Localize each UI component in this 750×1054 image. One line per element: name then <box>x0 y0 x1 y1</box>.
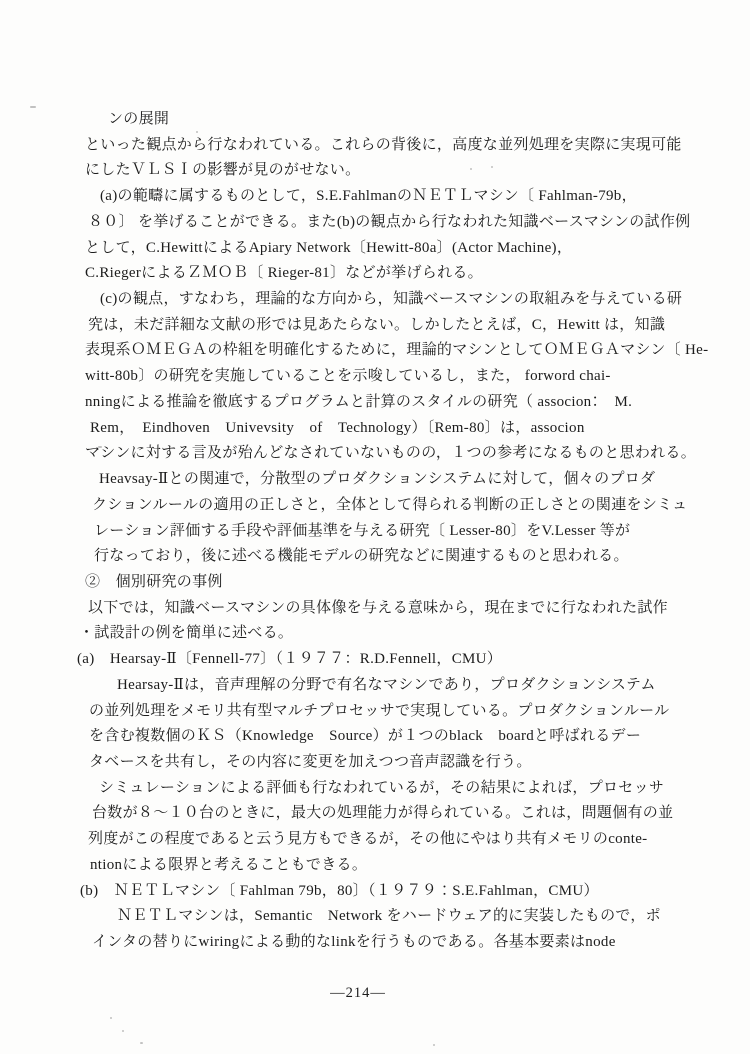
text-line: 台数が８～１０台のときに，最大の処理能力が得られている。これは，問題個有の並 <box>92 801 725 827</box>
scan-speck <box>30 106 36 108</box>
text-line: (c)の観点，すなわち，理論的な方向から，知識ベースマシンの取組みを与えている研 <box>100 287 725 313</box>
text-line: Rem， Eindhoven Univevsity of Technology）… <box>90 416 725 442</box>
scan-speck <box>110 1017 112 1019</box>
text-line: 究は，未だ詳細な文献の形では見あたらない。しかしたとえば，C，Hewitt は，… <box>88 313 725 339</box>
text-line: nningによる推論を徹底するプログラムと計算のスタイルの研究（ associo… <box>85 390 725 416</box>
scan-speck <box>140 1042 143 1044</box>
page-number: —214— <box>0 985 716 1002</box>
text-line: インタの替りにwiringによる動的なlinkを行うものである。各基本要素はno… <box>92 930 725 956</box>
scan-speck <box>491 166 493 168</box>
text-line: (b) ＮＥＴＬマシン〔 Fahlman 79b，80〕（１９７９：S.E.Fa… <box>80 879 725 905</box>
text-line: 行なっており，後に述べる機能モデルの研究などに関連するものと思われる。 <box>94 544 725 570</box>
text-line: を含む複数個のＫＳ（Knowledge Source）が１つのblack boa… <box>89 724 725 750</box>
text-line: Hearsay-Ⅱは，音声理解の分野で有名なマシンであり，プロダクションシステム <box>117 673 725 699</box>
text-line: 列度がこの程度であると云う見方もできるが，その他にやはり共有メモリのconte- <box>88 827 725 853</box>
text-line: レーション評価する手段や評価基準を与える研究〔 Lesser-80〕をV.Les… <box>94 519 725 545</box>
text-line: として，C.HewittによるApiary Network〔Hewitt-80a… <box>85 236 725 262</box>
text-line: (a) Hearsay-Ⅱ〔Fennell-77〕（１９７７：R.D.Fenne… <box>77 647 725 673</box>
text-line: 以下では，知識ベースマシンの具体像を与える意味から，現在までに行なわれた試作 <box>88 596 725 622</box>
text-line: タベースを共有し，その内容に変更を加えつつ音声認識を行う。 <box>89 750 725 776</box>
text-line: witt-80b〕の研究を実施していることを示唆しているし，また， forwor… <box>85 364 725 390</box>
scan-speck <box>196 131 198 133</box>
scan-speck <box>122 1030 124 1032</box>
text-line: ンの展開 <box>108 107 725 133</box>
text-line: C.RiegerによるＺＭＯＢ〔 Rieger-81〕などが挙げられる。 <box>85 261 725 287</box>
text-line: クションルールの適用の正しさと，全体として得られる判断の正しさとの関連をシミュ <box>92 493 725 519</box>
document-text-block: ンの展開といった観点から行なわれている。これらの背後に，高度な並列処理を実際に実… <box>85 107 725 956</box>
scan-speck <box>470 168 472 170</box>
text-line: マシンに対する言及が殆んどなされていないものの，１つの参考になるものと思われる。 <box>85 441 725 467</box>
text-line: といった観点から行なわれている。これらの背後に，高度な並列処理を実際に実現可能 <box>85 133 725 159</box>
text-line: 表現系ＯＭＥＧＡの枠組を明確化するために，理論的マシンとしてＯＭＥＧＡマシン〔 … <box>85 338 725 364</box>
text-line: シミュレーションによる評価も行なわれているが，その結果によれば，プロセッサ <box>99 776 725 802</box>
text-line: ntionによる限界と考えることもできる。 <box>90 853 725 879</box>
text-line: の並列処理をメモリ共有型マルチプロセッサで実現している。プロダクションルール <box>89 699 725 725</box>
text-line: ② 個別研究の事例 <box>85 570 725 596</box>
text-line: ８０〕 を挙げることができる。また(b)の観点から行なわれた知識ベースマシンの試… <box>88 210 725 236</box>
text-line: にしたＶＬＳＩの影響が見のがせない。 <box>85 158 725 184</box>
text-line: (a)の範疇に属するものとして，S.E.FahlmanのＮＥＴＬマシン〔 Fah… <box>100 184 725 210</box>
scanned-document-page: ンの展開といった観点から行なわれている。これらの背後に，高度な並列処理を実際に実… <box>0 0 750 1054</box>
text-line: ＮＥＴＬマシンは，Semantic Network をハードウェア的に実装したも… <box>117 904 725 930</box>
scan-speck <box>98 446 102 448</box>
text-line: ・試設計の例を簡単に述べる。 <box>79 621 725 647</box>
scan-speck <box>433 1044 435 1046</box>
text-line: Heavsay-Ⅱとの関連で，分散型のプロダクションシステムに対して，個々のプロ… <box>99 467 725 493</box>
